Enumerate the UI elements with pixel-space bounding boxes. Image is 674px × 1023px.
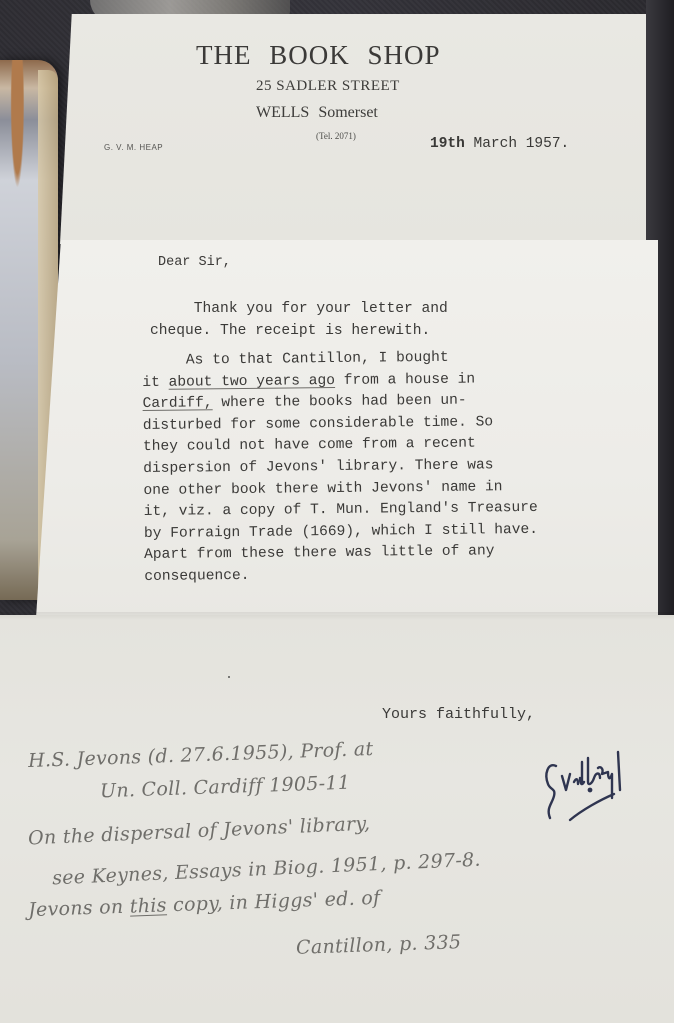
proprietor-name: G. V. M. HEAP	[104, 143, 163, 152]
paragraph-2-line: consequence.	[144, 563, 538, 589]
text-fragment: it	[142, 374, 168, 390]
salutation: Dear Sir,	[158, 252, 231, 274]
shop-street: 25 SADLER STREET	[256, 78, 400, 95]
paragraph-2-line: disturbed for some considerable time. So	[143, 412, 537, 438]
text-fragment: from a house in	[335, 371, 475, 388]
paragraph-1: Thank you for your letter andcheque. The…	[150, 299, 448, 342]
underlined-text: Cardiff,	[142, 395, 212, 412]
paragraph-2-line: Apart from these there was little of any	[144, 541, 538, 567]
text-fragment: where the books had been un-	[213, 393, 467, 412]
signature-icon: G V M Heap	[530, 738, 650, 838]
date-month-year: March 1957.	[465, 136, 569, 152]
date-day: 19th	[430, 136, 465, 152]
fold-line	[0, 612, 674, 620]
shop-city: WELLS Somerset	[256, 104, 378, 122]
shop-telephone: (Tel. 2071)	[316, 131, 356, 141]
text-fragment: Jevons on	[28, 896, 130, 922]
paragraph-1-line: Thank you for your letter and	[150, 299, 448, 321]
paragraph-2: As to that Cantillon, I boughtit about t…	[142, 347, 539, 589]
closing: Yours faithfully,	[382, 704, 535, 726]
letter-date: 19th March 1957.	[430, 136, 569, 152]
paper-speck	[228, 676, 230, 678]
underlined-text: this	[129, 894, 167, 917]
shop-name: THE BOOK SHOP	[196, 40, 441, 71]
underlined-text: about two years ago	[169, 373, 336, 391]
paragraph-1-line: cheque. The receipt is herewith.	[150, 321, 448, 343]
